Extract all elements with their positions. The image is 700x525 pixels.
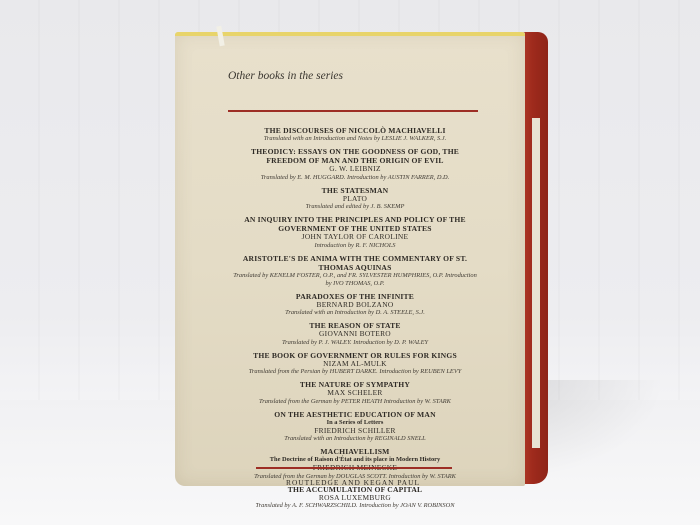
book-entry: THE BOOK OF GOVERNMENT OR RULES FOR KING… [232,351,478,377]
book-title: MACHIAVELLISM [232,447,478,456]
book-entry: ON THE AESTHETIC EDUCATION OF MANIn a Se… [232,410,478,444]
book-title: THEODICY: ESSAYS ON THE GOODNESS OF GOD,… [232,147,478,165]
book-credits: Translated by A. F. SCHWARZSCHILD. Intro… [232,502,478,510]
spine-label-strip [532,118,540,448]
book-entry: MACHIAVELLISMThe Doctrine of Raison d'Ét… [232,447,478,481]
book-credits: Translated by P. J. WALEY. Introduction … [232,339,478,347]
book-title: ARISTOTLE'S DE ANIMA WITH THE COMMENTARY… [232,254,478,272]
book-credits: Translated and edited by J. B. SKEMP [232,203,478,211]
book-author: G. W. LEIBNIZ [232,165,478,174]
book-title: THE DISCOURSES OF NICCOLÒ MACHIAVELLI [232,126,478,135]
book-credits: Translated with an Introduction by D. A.… [232,309,478,317]
book-entry: ARISTOTLE'S DE ANIMA WITH THE COMMENTARY… [232,254,478,288]
book-author: PLATO [232,195,478,204]
book-title: ON THE AESTHETIC EDUCATION OF MAN [232,410,478,419]
book-entry: PARADOXES OF THE INFINITEBERNARD BOLZANO… [232,292,478,318]
book-credits: Translated from the German by PETER HEAT… [232,398,478,406]
book-credits: Introduction by R. F. NICHOLS [232,242,478,250]
book-entry: THE STATESMANPLATOTranslated and edited … [232,186,478,212]
book-author: GIOVANNI BOTERO [232,330,478,339]
top-divider [228,110,478,112]
book-credits: Translated by E. M. HUGGARD. Introductio… [232,174,478,182]
book-author: MAX SCHELER [232,389,478,398]
book-author: FRIEDRICH SCHILLER [232,427,478,436]
book-author: ROSA LUXEMBURG [232,494,478,503]
book-entry: THE DISCOURSES OF NICCOLÒ MACHIAVELLITra… [232,126,478,143]
publisher-name: ROUTLEDGE AND KEGAN PAUL [228,478,478,487]
book-credits: Translated with an Introduction and Note… [232,135,478,143]
book-entry: THE REASON OF STATEGIOVANNI BOTEROTransl… [232,321,478,347]
book-credits: Translated by KENELM FOSTER, O.P., and F… [232,272,478,288]
book-title: AN INQUIRY INTO THE PRINCIPLES AND POLIC… [232,215,478,233]
book-entry: THEODICY: ESSAYS ON THE GOODNESS OF GOD,… [232,147,478,182]
book-author: BERNARD BOLZANO [232,301,478,310]
series-heading: Other books in the series [228,70,343,82]
book-entry: THE NATURE OF SYMPATHYMAX SCHELERTransla… [232,380,478,406]
book-credits: Translated from the Persian by HUBERT DA… [232,368,478,376]
book-author: NIZAM AL-MULK [232,360,478,369]
bottom-divider [256,467,452,469]
book-credits: Translated with an Introduction by REGIN… [232,435,478,443]
book-entry: AN INQUIRY INTO THE PRINCIPLES AND POLIC… [232,215,478,250]
book-author: JOHN TAYLOR OF CAROLINE [232,233,478,242]
book-list: THE DISCOURSES OF NICCOLÒ MACHIAVELLITra… [232,126,478,514]
book-entry: THE ACCUMULATION OF CAPITALROSA LUXEMBUR… [232,485,478,511]
